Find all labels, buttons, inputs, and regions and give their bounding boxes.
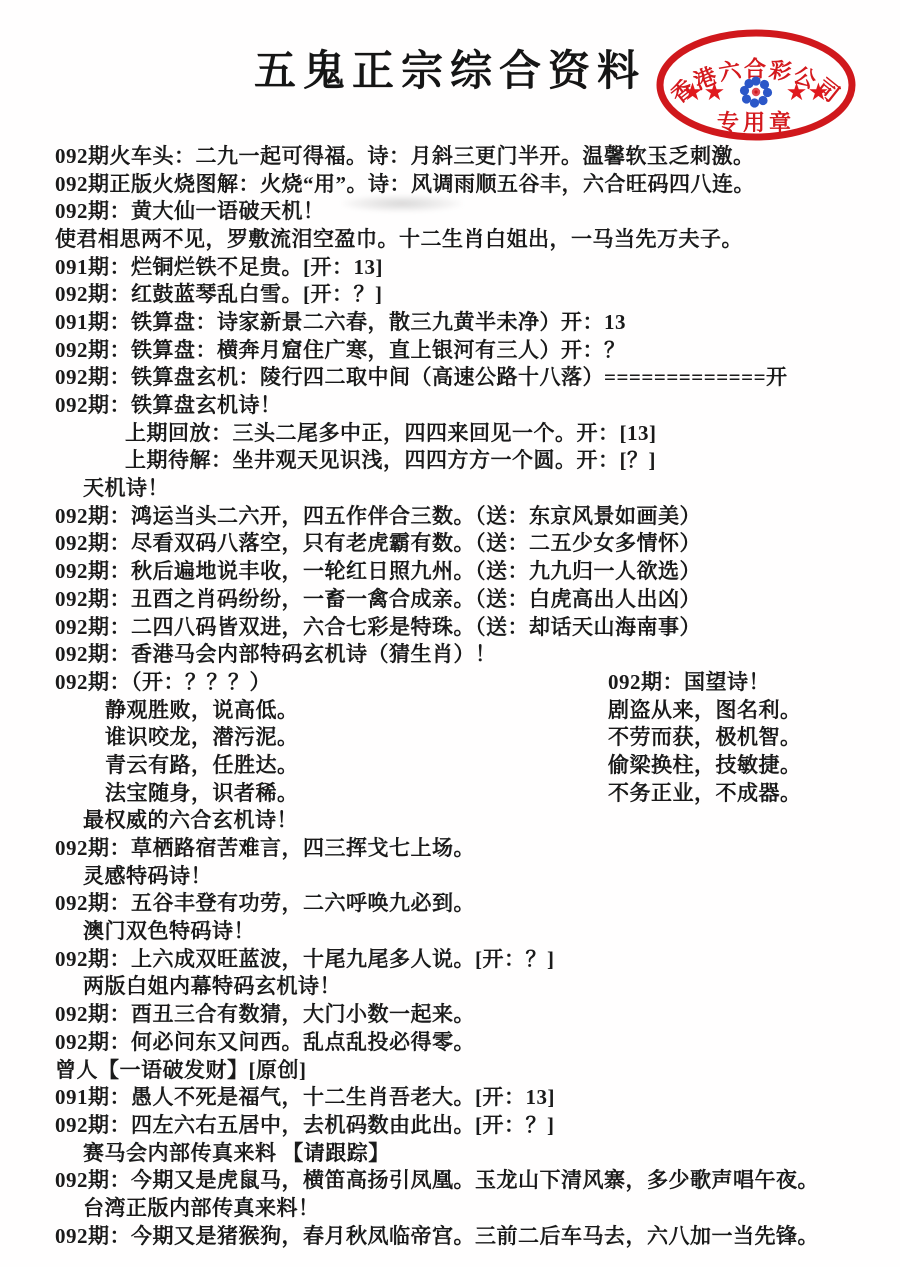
text-line: 091期：愚人不死是福气，十二生肖吾老大。[开：13]	[55, 1082, 900, 1110]
left-column-line: 092期：（开：？？？）	[55, 666, 271, 696]
text-line: 092期：四左六右五居中，去机码数由此出。[开：？]	[55, 1110, 900, 1138]
right-column-line: 剧盗从来，图名利。	[608, 695, 802, 723]
text-line: 092期：草栖路宿苦难言，四三挥戈七上场。	[55, 833, 900, 861]
text-line: 使君相思两不见，罗敷流泪空盈巾。十二生肖白姐出，一马当先万夫子。	[55, 224, 900, 252]
text-line: 092期：铁算盘玄机：陵行四二取中间（高速公路十八落）=============…	[55, 363, 900, 391]
two-column-row: 092期：（开：？？？） 092期：国望诗！	[55, 667, 900, 695]
text-line: 092期：铁算盘玄机诗！	[55, 390, 900, 418]
text-line: 092期：二四八码皆双进，六合七彩是特珠。（送：却话天山海南事）	[55, 612, 900, 640]
text-line: 092期：酉丑三合有数猜，大门小数一起来。	[55, 999, 900, 1027]
text-line: 曾人【一语破发财】[原创]	[55, 1055, 900, 1083]
text-line: 092期：铁算盘：横奔月窟住广寒，直上银河有三人）开：？	[55, 335, 900, 363]
text-line: 092期：今期又是虎鼠马，横笛高扬引凤凰。玉龙山下清风寨，多少歌声唱午夜。	[55, 1165, 900, 1193]
document-page: 五鬼正宗综合资料 香港六合彩公司 ★★ ★★	[0, 0, 900, 1267]
right-column-line: 不劳而获，极机智。	[608, 722, 802, 750]
text-line: 092期：何必问东又问西。乱点乱投必得零。	[55, 1027, 900, 1055]
text-line: 092期：鸿运当头二六开，四五作伴合三数。（送：东京风景如画美）	[55, 501, 900, 529]
text-line: 灵感特码诗！	[55, 861, 900, 889]
text-line: 赛马会内部传真来料 【请跟踪】	[55, 1138, 900, 1166]
two-column-row: 谁识咬龙，潜污泥。 不劳而获，极机智。	[55, 722, 900, 750]
text-line: 上期待解：坐井观天见识浅，四四方方一个圆。开：[？]	[55, 446, 900, 474]
text-line: 091期：烂铜烂铁不足贵。[开：13]	[55, 252, 900, 280]
text-line: 092期：上六成双旺蓝波，十尾九尾多人说。[开：？]	[55, 944, 900, 972]
text-line: 091期：铁算盘：诗家新景二六春，散三九黄半未净）开：13	[55, 307, 900, 335]
right-column-line: 092期：国望诗！	[608, 667, 770, 695]
seal-bottom-text: 专用章	[717, 110, 795, 135]
seal-stars-left: ★★	[683, 80, 727, 104]
two-column-row: 法宝随身，识者稀。 不务正业，不成器。	[55, 778, 900, 806]
text-line: 092期：红鼓蓝琴乱白雪。[开：？]	[55, 279, 900, 307]
two-column-row: 静观胜败，说高低。 剧盗从来，图名利。	[55, 695, 900, 723]
text-line: 092期：尽看双码八落空，只有老虎霸有数。（送：二五少女多情怀）	[55, 529, 900, 557]
text-line: 092期：丑酉之肖码纷纷，一畜一禽合成亲。（送：白虎高出人出凶）	[55, 584, 900, 612]
text-line: 上期回放：三头二尾多中正，四四来回见一个。开：[13]	[55, 418, 900, 446]
left-column-line: 静观胜败，说高低。	[55, 694, 299, 724]
document-body: 092期火车头：二九一起可得福。诗：月斜三更门半开。温馨软玉乏刺激。 092期正…	[55, 141, 900, 1249]
text-line: 092期：黄大仙一语破天机！	[55, 196, 900, 224]
text-line: 092期：今期又是猪猴狗，春月秋凤临帝宫。三前二后车马去，六八加一当先锋。	[55, 1221, 900, 1249]
text-line: 天机诗！	[55, 473, 900, 501]
seal-stars-right: ★★	[787, 80, 831, 104]
left-column-line: 谁识咬龙，潜污泥。	[55, 721, 299, 751]
text-line: 092期：五谷丰登有功劳，二六呼唤九必到。	[55, 889, 900, 917]
company-seal: 香港六合彩公司 ★★ ★★ 专用章	[653, 28, 861, 144]
text-line: 台湾正版内部传真来料！	[55, 1193, 900, 1221]
text-line: 092期正版火烧图解：火烧“用”。诗：风调雨顺五谷丰，六合旺码四八连。	[55, 169, 900, 197]
left-column-line: 法宝随身，识者稀。	[55, 777, 299, 807]
text-line: 092期：秋后遍地说丰收，一轮红日照九州。（送：九九归一人欲选）	[55, 556, 900, 584]
right-column-line: 不务正业，不成器。	[608, 778, 802, 806]
seal-graphic: 香港六合彩公司 ★★ ★★ 专用章	[653, 28, 861, 144]
text-line: 最权威的六合玄机诗！	[55, 806, 900, 834]
text-line: 两版白姐内幕特码玄机诗！	[55, 972, 900, 1000]
text-line: 澳门双色特码诗！	[55, 916, 900, 944]
text-line: 092期：香港马会内部特码玄机诗（猜生肖）！	[55, 639, 900, 667]
left-column-line: 青云有路，任胜达。	[55, 749, 299, 779]
right-column-line: 偷梁换柱，技敏捷。	[608, 750, 802, 778]
text-line: 092期火车头：二九一起可得福。诗：月斜三更门半开。温馨软玉乏刺激。	[55, 141, 900, 169]
two-column-row: 青云有路，任胜达。 偷梁换柱，技敏捷。	[55, 750, 900, 778]
